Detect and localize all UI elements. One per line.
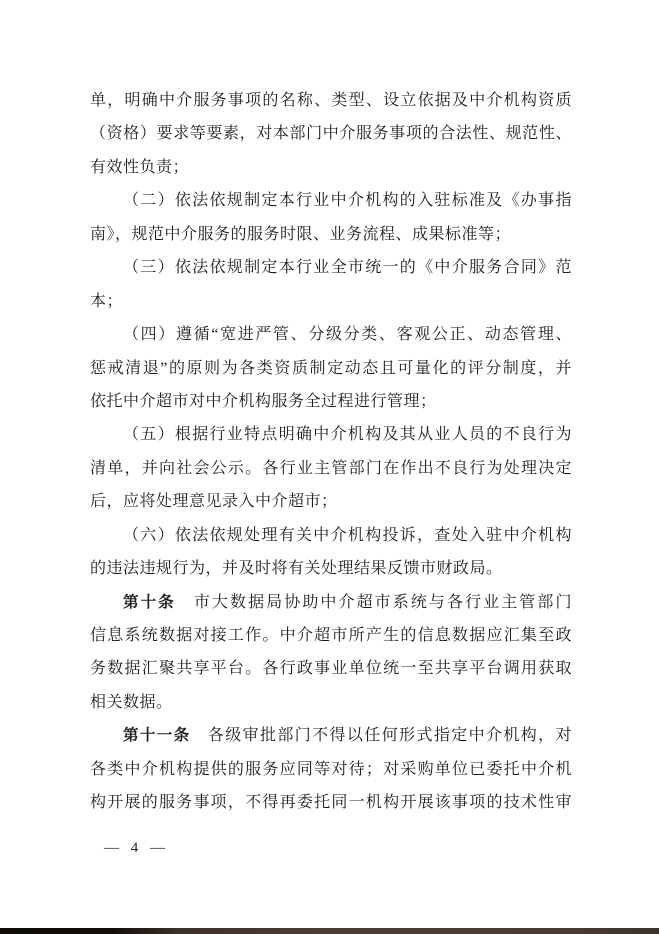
text-line: （二）依法依规制定本行业中介机构的入驻标准及《办事指 — [90, 184, 572, 217]
text-line: 清单，并向社会公示。各行业主管部门在作出不良行为处理决定 — [90, 452, 572, 485]
text-line: 南》，规范中介服务的服务时限、业务流程、成果标准等； — [90, 218, 572, 251]
document-body: 单，明确中介服务事项的名称、类型、设立依据及中介机构资质（资格）要求等要素，对本… — [90, 84, 572, 820]
text-line: 相关数据。 — [90, 686, 572, 719]
text-line: 单，明确中介服务事项的名称、类型、设立依据及中介机构资质 — [90, 84, 572, 117]
text-line: （六）依法依规处理有关中介机构投诉，查处入驻中介机构 — [90, 519, 572, 552]
document-page: 单，明确中介服务事项的名称、类型、设立依据及中介机构资质（资格）要求等要素，对本… — [0, 0, 659, 934]
text-line: 各类中介机构提供的服务应同等对待；对采购单位已委托中介机 — [90, 753, 572, 786]
text-line: 惩戒清退”的原则为各类资质制定动态且可量化的评分制度，并 — [90, 352, 572, 385]
text-line: （五）根据行业特点明确中介机构及其从业人员的不良行为 — [90, 418, 572, 451]
scan-edge-artifact — [0, 928, 659, 934]
text-line: 信息系统数据对接工作。中介超市所产生的信息数据应汇集至政 — [90, 619, 572, 652]
text-line: 依托中介超市对中介机构服务全过程进行管理； — [90, 385, 572, 418]
text-line: 后，应将处理意见录入中介超市； — [90, 485, 572, 518]
text-line: 第十一条 各级审批部门不得以任何形式指定中介机构，对 — [90, 719, 572, 752]
text-line: 务数据汇聚共享平台。各行政事业单位统一至共享平台调用获取 — [90, 652, 572, 685]
text-line: 本； — [90, 285, 572, 318]
line-text: 各级审批部门不得以任何形式指定中介机构，对 — [191, 727, 572, 744]
text-line: 第十条 市大数据局协助中介超市系统与各行业主管部门 — [90, 586, 572, 619]
text-line: （资格）要求等要素，对本部门中介服务事项的合法性、规范性、 — [90, 117, 572, 150]
text-line: （三）依法依规制定本行业全市统一的《中介服务合同》范 — [90, 251, 572, 284]
article-heading: 第十条 — [123, 594, 176, 611]
text-line: 有效性负责； — [90, 151, 572, 184]
page-number: — 4 — — [104, 836, 168, 860]
line-text: 市大数据局协助中介超市系统与各行业主管部门 — [176, 594, 572, 611]
text-line: （四）遵循“宽进严管、分级分类、客观公正、动态管理、 — [90, 318, 572, 351]
article-heading: 第十一条 — [123, 727, 191, 744]
text-line: 的违法违规行为，并及时将有关处理结果反馈市财政局。 — [90, 552, 572, 585]
text-line: 构开展的服务事项，不得再委托同一机构开展该事项的技术性审 — [90, 786, 572, 819]
